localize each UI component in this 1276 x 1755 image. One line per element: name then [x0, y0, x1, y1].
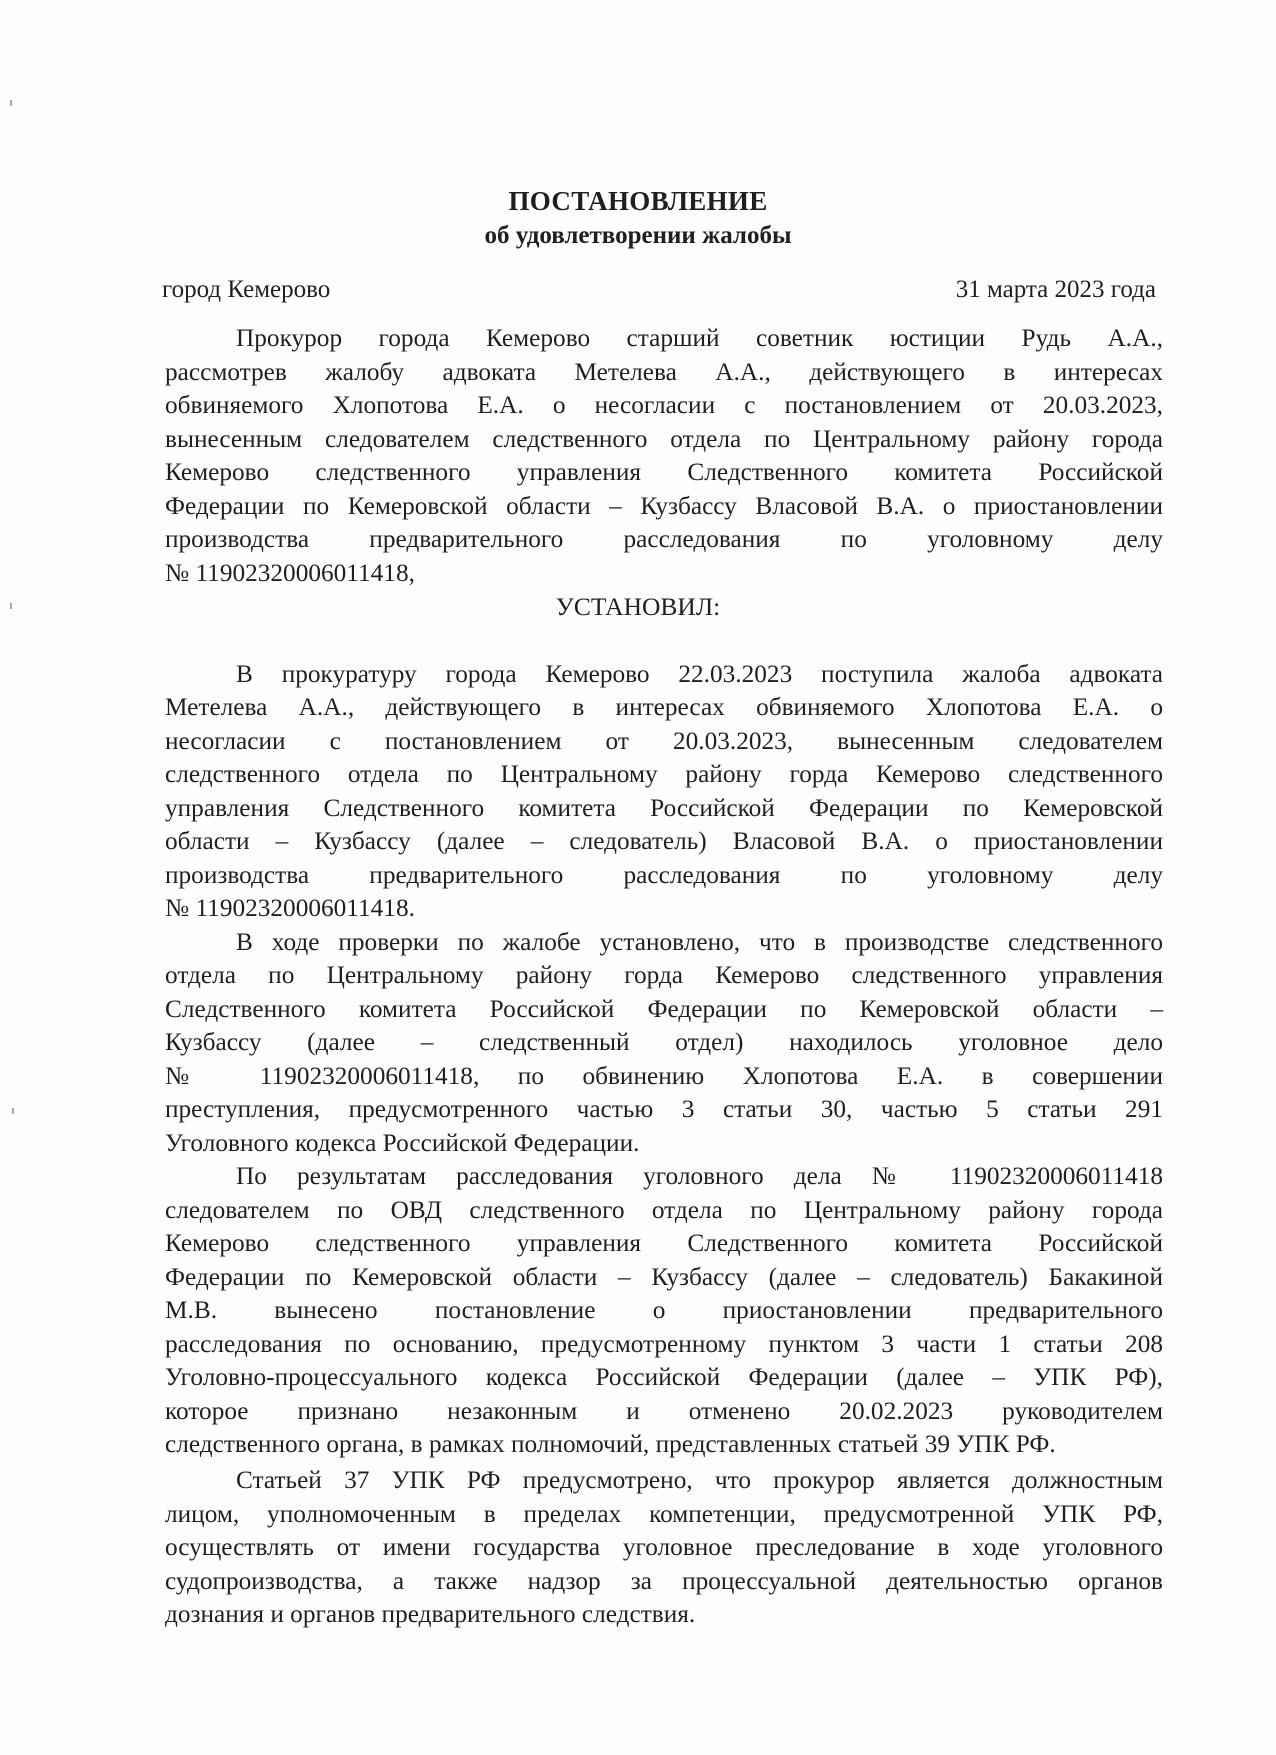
- text-line: осуществлять от имени государства уголов…: [165, 1532, 1163, 1562]
- text-line: лицом, уполномоченным в пределах компете…: [165, 1499, 1163, 1529]
- text-line: Метелева А.А., действующего в интересах …: [165, 692, 1163, 722]
- text-line: В ходе проверки по жалобе установлено, ч…: [236, 927, 1163, 957]
- text-line: Федерации по Кемеровской области – Кузба…: [165, 491, 1163, 521]
- text-line: расследования по основанию, предусмотрен…: [165, 1329, 1163, 1359]
- text-line: судопроизводства, а также надзор за проц…: [165, 1566, 1163, 1596]
- document-city: город Кемерово: [162, 276, 330, 304]
- text-line: следственного отдела по Центральному рай…: [165, 759, 1163, 789]
- text-line: Федерации по Кемеровской области – Кузба…: [165, 1262, 1163, 1292]
- text-line: Кузбассу (далее – следственный отдел) на…: [165, 1027, 1163, 1057]
- scan-speck: [12, 1108, 14, 1114]
- text-line: следственного органа, в рамках полномочи…: [165, 1429, 1163, 1459]
- text-line: № 11902320006011418.: [165, 893, 1163, 923]
- text-line: № 11902320006011418,: [165, 558, 1163, 588]
- text-line: обвиняемого Хлопотова Е.А. о несогласии …: [165, 390, 1163, 420]
- text-line: Уголовного кодекса Российской Федерации.: [165, 1128, 1163, 1158]
- text-line: преступления, предусмотренного частью 3 …: [165, 1094, 1163, 1124]
- text-line: М.В. вынесено постановление о приостанов…: [165, 1295, 1163, 1325]
- text-line: несогласии с постановлением от 20.03.202…: [165, 726, 1163, 756]
- document-title: ПОСТАНОВЛЕНИЕ: [0, 186, 1276, 217]
- section-heading: УСТАНОВИЛ:: [0, 592, 1276, 622]
- text-line: Кемерово следственного управления Следст…: [165, 457, 1163, 487]
- text-line: рассмотрев жалобу адвоката Метелева А.А.…: [165, 357, 1163, 387]
- text-line: Статьей 37 УПК РФ предусмотрено, что про…: [236, 1465, 1163, 1495]
- text-line: Следственного комитета Российской Федера…: [165, 994, 1163, 1024]
- document-subtitle: об удовлетворении жалобы: [0, 222, 1276, 250]
- text-line: производства предварительного расследова…: [165, 524, 1163, 554]
- document-page: ПОСТАНОВЛЕНИЕ об удовлетворении жалобы г…: [0, 0, 1276, 1755]
- text-line: области – Кузбассу (далее – следователь)…: [165, 826, 1163, 856]
- scan-speck: [10, 100, 12, 106]
- text-line: № 11902320006011418, по обвинению Хлопот…: [165, 1061, 1163, 1091]
- text-line: вынесенным следователем следственного от…: [165, 424, 1163, 454]
- text-line: Кемерово следственного управления Следст…: [165, 1228, 1163, 1258]
- text-line: производства предварительного расследова…: [165, 860, 1163, 890]
- text-line: управления Следственного комитета Россий…: [165, 793, 1163, 823]
- text-line: Прокурор города Кемерово старший советни…: [236, 323, 1163, 353]
- text-line: дознания и органов предварительного след…: [165, 1599, 1163, 1629]
- text-line: Уголовно-процессуального кодекса Российс…: [165, 1362, 1163, 1392]
- text-line: отдела по Центральному району горда Кеме…: [165, 960, 1163, 990]
- text-line: следователем по ОВД следственного отдела…: [165, 1195, 1163, 1225]
- document-date: 31 марта 2023 года: [956, 276, 1156, 304]
- text-line: По результатам расследования уголовного …: [236, 1161, 1163, 1191]
- text-line: В прокуратуру города Кемерово 22.03.2023…: [236, 659, 1163, 689]
- text-line: которое признано незаконным и отменено 2…: [165, 1396, 1163, 1426]
